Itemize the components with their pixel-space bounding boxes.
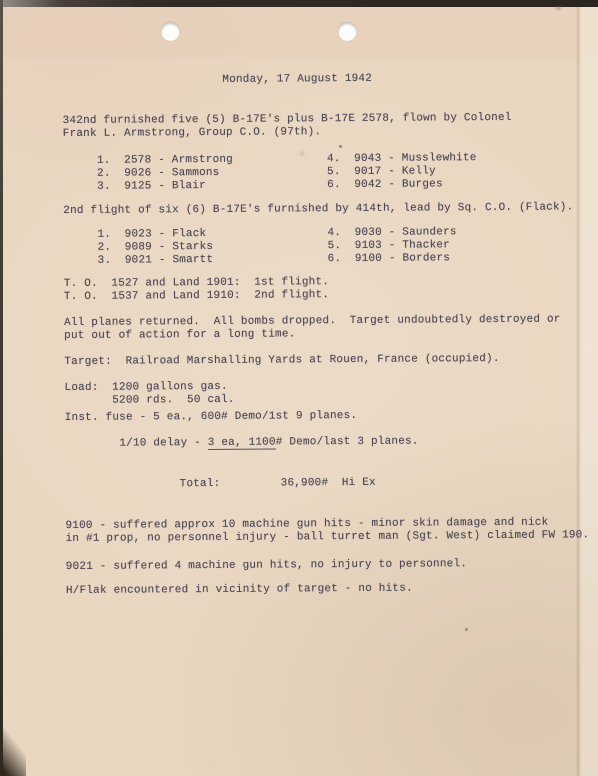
damage-line: in #1 prop, no personnel injury - ball t… [66, 529, 586, 546]
page-left-edge [0, 0, 3, 776]
damage-report-9100: 9100 - suffered approx 10 machine gun hi… [65, 516, 585, 546]
roster-entry: 5. 9017 - Kelly [327, 165, 436, 179]
delay-suffix: # Demo/last 3 planes. [276, 436, 419, 449]
roster-entry: 4. 9043 - Musslewhite [327, 152, 477, 166]
flight2-roster: 1. 9023 - Flack 4. 9030 - Saunders 2. 90… [63, 225, 583, 268]
roster-entry: 6. 9100 - Borders [328, 252, 451, 266]
delay-prefix: 1/10 delay - [119, 437, 208, 450]
delay-underlined-value: 3 ea, 1100 [208, 437, 276, 450]
takeoff-landing-times: T. O. 1527 and Land 1901: 1st flight. T.… [64, 274, 584, 304]
report-date-title: Monday, 17 August 1942 [222, 71, 582, 87]
roster-entry: 5. 9103 - Thacker [328, 239, 451, 253]
roster-entry: 6. 9042 - Burges [327, 178, 443, 192]
mission-result-paragraph: All planes returned. All bombs dropped. … [64, 313, 584, 343]
flight2-heading: 2nd flight of six (6) B-17E's furnished … [63, 201, 583, 218]
flak-report-line: H/Flak encountered in vicinity of target… [66, 581, 586, 598]
roster-entry: 3. 9125 - Blair [97, 179, 327, 194]
total-value: 36,900# Hi Ex [281, 477, 376, 490]
scanned-document-page: Monday, 17 August 1942 342nd furnished f… [0, 0, 598, 776]
takeoff-line: T. O. 1537 and Land 1910: 2nd flight. [64, 287, 584, 304]
total-label: Total: [180, 477, 281, 491]
roster-entry: 3. 9021 - Smartt [98, 253, 328, 268]
mission-report-content: Monday, 17 August 1942 342nd furnished f… [62, 71, 586, 598]
ordnance-section: Inst. fuse - 5 ea., 600# Demo/1st 9 plan… [65, 408, 586, 505]
result-line: put out of action for a long time. [64, 326, 584, 343]
paper-stain [465, 628, 468, 631]
total-line: Total:36,900# Hi Ex [65, 462, 585, 505]
flight1-roster: 1. 2578 - Armstrong 4. 9043 - Musslewhit… [63, 151, 583, 194]
roster-row: 3. 9125 - Blair 6. 9042 - Burges [63, 177, 583, 194]
paper-stain [556, 6, 561, 10]
page-bottom-left-corner-shadow [0, 686, 26, 776]
load-line: 5200 rds. 50 cal. [65, 391, 585, 408]
load-section: Load: 1200 gallons gas. 5200 rds. 50 cal… [64, 378, 584, 408]
page-top-edge [0, 0, 598, 7]
punch-hole-left [161, 22, 180, 41]
damage-report-9021: 9021 - suffered 4 machine gun hits, no i… [66, 557, 586, 574]
delay-fuse-line: 1/10 delay - 3 ea, 1100# Demo/last 3 pla… [65, 421, 585, 464]
intro-line: Frank L. Armstrong, Group C.O. (97th). [63, 124, 583, 141]
target-line: Target: Railroad Marshalling Yards at Ro… [64, 352, 584, 369]
roster-row: 3. 9021 - Smartt 6. 9100 - Borders [64, 251, 584, 268]
roster-entry: 4. 9030 - Saunders [327, 226, 456, 240]
intro-paragraph: 342nd furnished five (5) B-17E's plus B-… [63, 111, 583, 141]
punch-hole-right [338, 22, 357, 41]
